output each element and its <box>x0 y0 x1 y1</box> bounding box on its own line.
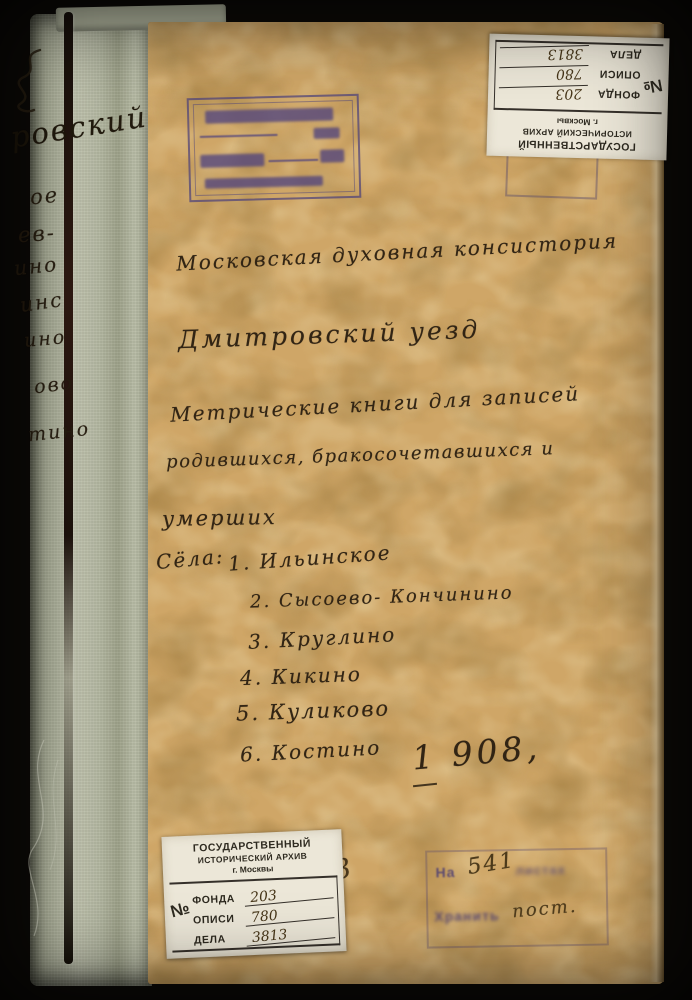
village-item: 4. Кикино <box>240 662 363 690</box>
stamp-smudge-line <box>320 149 344 163</box>
label-fields: № ФОНДА 203 ОПИСИ 780 ДЕЛА 3813 <box>494 40 664 114</box>
spine-text-fragment: ино <box>13 252 59 280</box>
stamp-word-listah: листах <box>515 862 566 878</box>
illegible-violet-stamp <box>187 94 362 202</box>
delo-value: 3813 <box>500 45 589 62</box>
stamp-word-keep: Хранить <box>434 907 499 924</box>
spine-ink-flourish <box>6 44 50 118</box>
stamp-smudge-line <box>313 127 339 139</box>
delo-label: ДЕЛА <box>589 47 641 60</box>
sheet-count-stamp: На 541 листах Хранить пост. <box>425 847 609 948</box>
fond-row: ФОНДА 203 <box>499 85 640 109</box>
opis-label: ОПИСИ <box>193 912 245 926</box>
fond-label: ФОНДА <box>588 87 640 100</box>
stamp-smudge-line <box>200 153 264 168</box>
opis-label: ОПИСИ <box>588 67 640 80</box>
sheet-count-value: 541 <box>466 848 517 880</box>
label-fields: № ФОНДА 203 ОПИСИ 780 ДЕЛА 3813 <box>169 875 340 952</box>
delo-label: ДЕЛА <box>194 932 246 946</box>
stamp-word-na: На <box>435 864 455 880</box>
fond-value: 203 <box>499 85 588 102</box>
keep-term-value: пост. <box>511 896 578 923</box>
delo-value: 3813 <box>245 923 335 946</box>
fond-label: ФОНДА <box>192 892 244 906</box>
spine-text-fragment: ое <box>29 183 60 210</box>
spine-text-fragment: ино <box>23 326 67 352</box>
metric-books-line3: умерших <box>162 505 277 531</box>
archive-label-bottom: ГОСУДАРСТВЕННЫЙ ИСТОРИЧЕСКИЙ АРХИВ г. Мо… <box>161 829 346 959</box>
photo-of-archival-book-cover: ровский ое ев- ино инс ино ово тино ГОСУ… <box>0 0 692 1000</box>
spine-text-fragment: ев- <box>17 221 56 248</box>
archive-label-top-upside-down: ГОСУДАРСТВЕННЫЙ ИСТОРИЧЕСКИЙ АРХИВ г. Мо… <box>486 34 669 161</box>
opis-value: 780 <box>499 65 588 82</box>
number-sign: № <box>168 898 191 922</box>
frayed-threads <box>14 740 74 940</box>
cover-right-edge-wear <box>650 24 664 982</box>
number-sign: № <box>642 74 664 97</box>
